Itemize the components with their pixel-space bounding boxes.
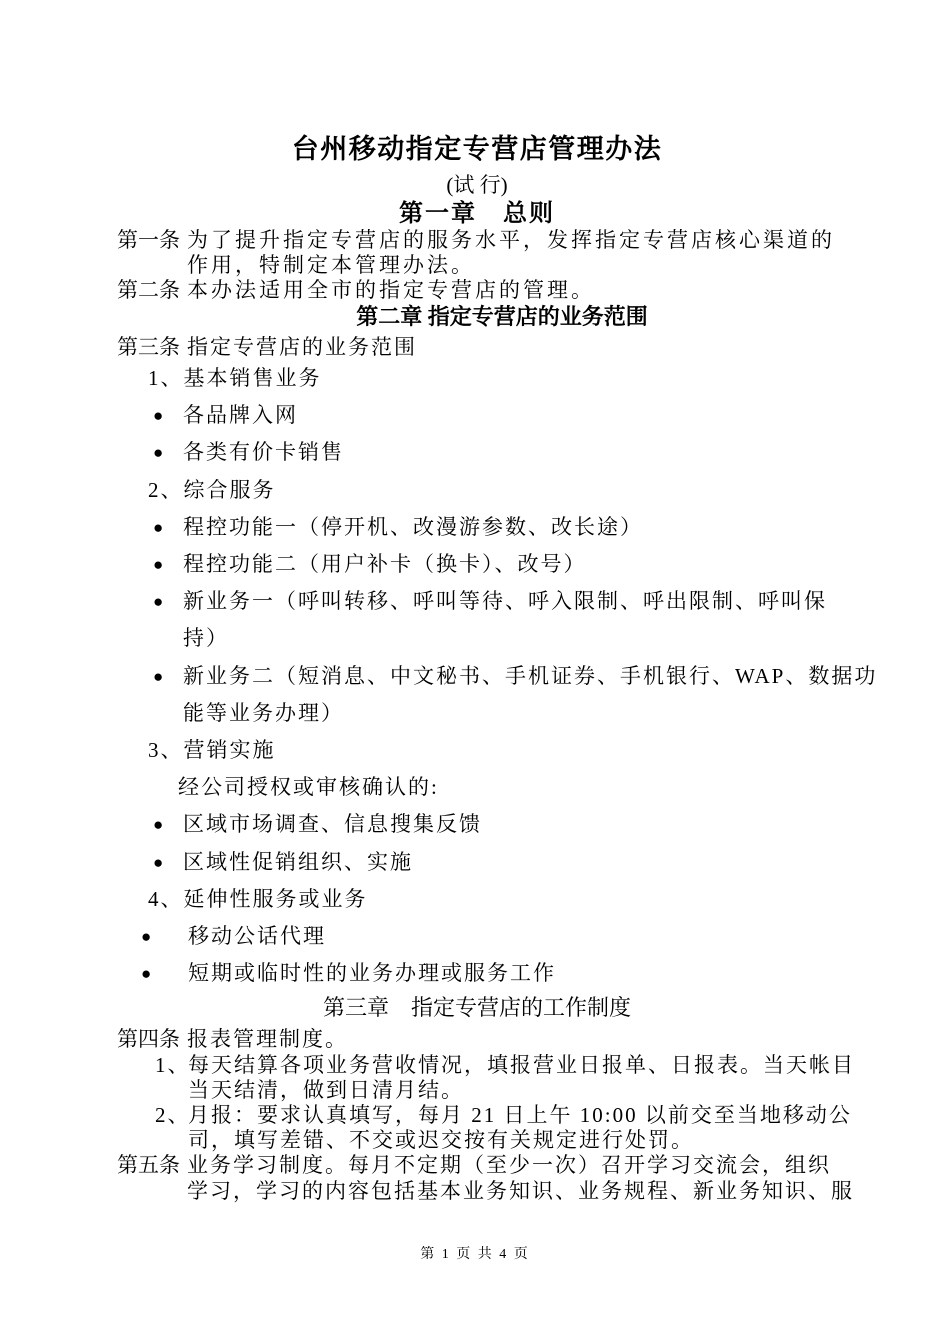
article-4-line-1: 报表管理制度。 bbox=[187, 1027, 837, 1052]
article-5-line-2: 学习，学习的内容包括基本业务知识、业务规程、新业务知识、服 bbox=[187, 1179, 837, 1204]
bullet-icon: ● bbox=[141, 918, 188, 955]
bullet-text: 程控功能二（用户补卡（换卡）、改号） bbox=[183, 546, 837, 583]
bullet-text: 短期或临时性的业务办理或服务工作 bbox=[188, 955, 837, 992]
document-page: 台州移动指定专营店管理办法 (试 行) 第一章 总则 第一条 为了提升指定专营店… bbox=[0, 0, 950, 1344]
bullet-icon: ● bbox=[153, 434, 183, 471]
business-scope-list: 1、基本销售业务 ● 各品牌入网 ● 各类有价卡销售 2、综合服务 ● 程控功能… bbox=[117, 360, 837, 992]
list-bullet-row: ● 各类有价卡销售 bbox=[117, 434, 837, 471]
article-2-label: 第二条 bbox=[117, 278, 187, 303]
article-3: 第三条 指定专营店的业务范围 bbox=[117, 335, 837, 360]
bullet-line-2: 能等业务办理） bbox=[183, 695, 837, 732]
report-item-2: 2、 月报：要求认真填写，每月 21 日上午 10:00 以前交至当地移动公 司… bbox=[117, 1103, 837, 1153]
chapter-3-heading: 第三章 指定专营店的工作制度 bbox=[117, 995, 837, 1021]
list-item-4: 4、延伸性服务或业务 bbox=[117, 881, 837, 918]
bullet-icon: ● bbox=[153, 509, 183, 546]
list-bullet-row: ● 区域市场调查、信息搜集反馈 bbox=[117, 806, 837, 843]
report-item-1: 1、 每天结算各项业务营收情况，填报营业日报单、日报表。当天帐目 当天结清，做到… bbox=[117, 1053, 837, 1103]
list-bullet-row: ● 程控功能二（用户补卡（换卡）、改号） bbox=[117, 546, 837, 583]
article-5-text: 业务学习制度。每月不定期（至少一次）召开学习交流会，组织 学习，学习的内容包括基… bbox=[187, 1153, 837, 1203]
article-1-label: 第一条 bbox=[117, 228, 187, 278]
list-item-3: 3、营销实施 bbox=[117, 732, 837, 769]
article-3-label: 第三条 bbox=[117, 335, 187, 360]
article-4-text: 报表管理制度。 bbox=[187, 1027, 837, 1052]
work-rules-block: 第四条 报表管理制度。 1、 每天结算各项业务营收情况，填报营业日报单、日报表。… bbox=[117, 1027, 837, 1203]
chapter-2-heading: 第二章 指定专营店的业务范围 bbox=[142, 303, 862, 330]
list-bullet-row: ● 各品牌入网 bbox=[117, 397, 837, 434]
bullet-text: 区域市场调查、信息搜集反馈 bbox=[183, 806, 837, 843]
report-item-1-number: 1、 bbox=[155, 1053, 188, 1103]
page-footer: 第 1 页 共 4 页 bbox=[0, 1243, 950, 1263]
article-1-line-2: 作用，特制定本管理办法。 bbox=[187, 253, 837, 278]
document-body: 台州移动指定专营店管理办法 (试 行) 第一章 总则 第一条 为了提升指定专营店… bbox=[117, 0, 837, 1204]
bullet-line-2: 持） bbox=[183, 620, 837, 657]
article-2-text: 本办法适用全市的指定专营店的管理。 bbox=[187, 278, 837, 303]
bullet-line-1: 新业务二（短消息、中文秘书、手机证券、手机银行、WAP、数据功 bbox=[183, 658, 837, 695]
article-5: 第五条 业务学习制度。每月不定期（至少一次）召开学习交流会，组织 学习，学习的内… bbox=[117, 1153, 837, 1203]
bullet-icon: ● bbox=[153, 546, 183, 583]
bullet-icon: ● bbox=[153, 844, 183, 881]
report-item-2-line-2: 司，填写差错、不交或迟交按有关规定进行处罚。 bbox=[188, 1128, 837, 1153]
bullet-icon: ● bbox=[153, 397, 183, 434]
bullet-text: 移动公话代理 bbox=[188, 918, 837, 955]
bullet-text: 新业务一（呼叫转移、呼叫等待、呼入限制、呼出限制、呼叫保 持） bbox=[183, 583, 837, 657]
article-5-label: 第五条 bbox=[117, 1153, 187, 1203]
bullet-icon: ● bbox=[153, 806, 183, 843]
article-4-label: 第四条 bbox=[117, 1027, 187, 1052]
bullet-line-1: 新业务一（呼叫转移、呼叫等待、呼入限制、呼出限制、呼叫保 bbox=[183, 583, 837, 620]
article-2-line-1: 本办法适用全市的指定专营店的管理。 bbox=[187, 278, 837, 303]
article-1-text: 为了提升指定专营店的服务水平，发挥指定专营店核心渠道的 作用，特制定本管理办法。 bbox=[187, 228, 837, 278]
bullet-icon: ● bbox=[153, 658, 183, 732]
list-bullet-row: ● 区域性促销组织、实施 bbox=[117, 844, 837, 881]
bullet-text: 各品牌入网 bbox=[183, 397, 837, 434]
article-3-text: 指定专营店的业务范围 bbox=[187, 335, 837, 360]
bullet-text: 各类有价卡销售 bbox=[183, 434, 837, 471]
bullet-text: 程控功能一（停开机、改漫游参数、改长途） bbox=[183, 509, 837, 546]
report-item-1-line-2: 当天结清，做到日清月结。 bbox=[188, 1078, 837, 1103]
list-item-3-intro: 经公司授权或审核确认的: bbox=[117, 769, 837, 806]
chapter-1-heading: 第一章 总则 bbox=[117, 200, 837, 228]
article-5-line-1: 业务学习制度。每月不定期（至少一次）召开学习交流会，组织 bbox=[187, 1153, 837, 1178]
article-2: 第二条 本办法适用全市的指定专营店的管理。 bbox=[117, 278, 837, 303]
article-4: 第四条 报表管理制度。 bbox=[117, 1027, 837, 1052]
report-item-2-text: 月报：要求认真填写，每月 21 日上午 10:00 以前交至当地移动公 司，填写… bbox=[188, 1103, 837, 1153]
bullet-text: 新业务二（短消息、中文秘书、手机证券、手机银行、WAP、数据功 能等业务办理） bbox=[183, 658, 837, 732]
list-bullet-row: ● 移动公话代理 bbox=[117, 918, 837, 955]
list-bullet-row: ● 新业务一（呼叫转移、呼叫等待、呼入限制、呼出限制、呼叫保 持） bbox=[117, 583, 837, 657]
list-item-2: 2、综合服务 bbox=[117, 472, 837, 509]
article-3-line-1: 指定专营店的业务范围 bbox=[187, 335, 837, 360]
bullet-icon: ● bbox=[141, 955, 188, 992]
bullet-icon: ● bbox=[153, 583, 183, 657]
report-item-2-line-1: 月报：要求认真填写，每月 21 日上午 10:00 以前交至当地移动公 bbox=[188, 1103, 837, 1128]
doc-subtitle: (试 行) bbox=[117, 172, 837, 198]
report-item-1-line-1: 每天结算各项业务营收情况，填报营业日报单、日报表。当天帐目 bbox=[188, 1053, 837, 1078]
doc-title: 台州移动指定专营店管理办法 bbox=[117, 132, 837, 166]
report-item-2-number: 2、 bbox=[155, 1103, 188, 1153]
list-bullet-row: ● 新业务二（短消息、中文秘书、手机证券、手机银行、WAP、数据功 能等业务办理… bbox=[117, 658, 837, 732]
article-1-line-1: 为了提升指定专营店的服务水平，发挥指定专营店核心渠道的 bbox=[187, 228, 837, 253]
article-1: 第一条 为了提升指定专营店的服务水平，发挥指定专营店核心渠道的 作用，特制定本管… bbox=[117, 228, 837, 278]
list-bullet-row: ● 程控功能一（停开机、改漫游参数、改长途） bbox=[117, 509, 837, 546]
bullet-text: 区域性促销组织、实施 bbox=[183, 844, 837, 881]
list-bullet-row: ● 短期或临时性的业务办理或服务工作 bbox=[117, 955, 837, 992]
report-item-1-text: 每天结算各项业务营收情况，填报营业日报单、日报表。当天帐目 当天结清，做到日清月… bbox=[188, 1053, 837, 1103]
list-item-1: 1、基本销售业务 bbox=[117, 360, 837, 397]
